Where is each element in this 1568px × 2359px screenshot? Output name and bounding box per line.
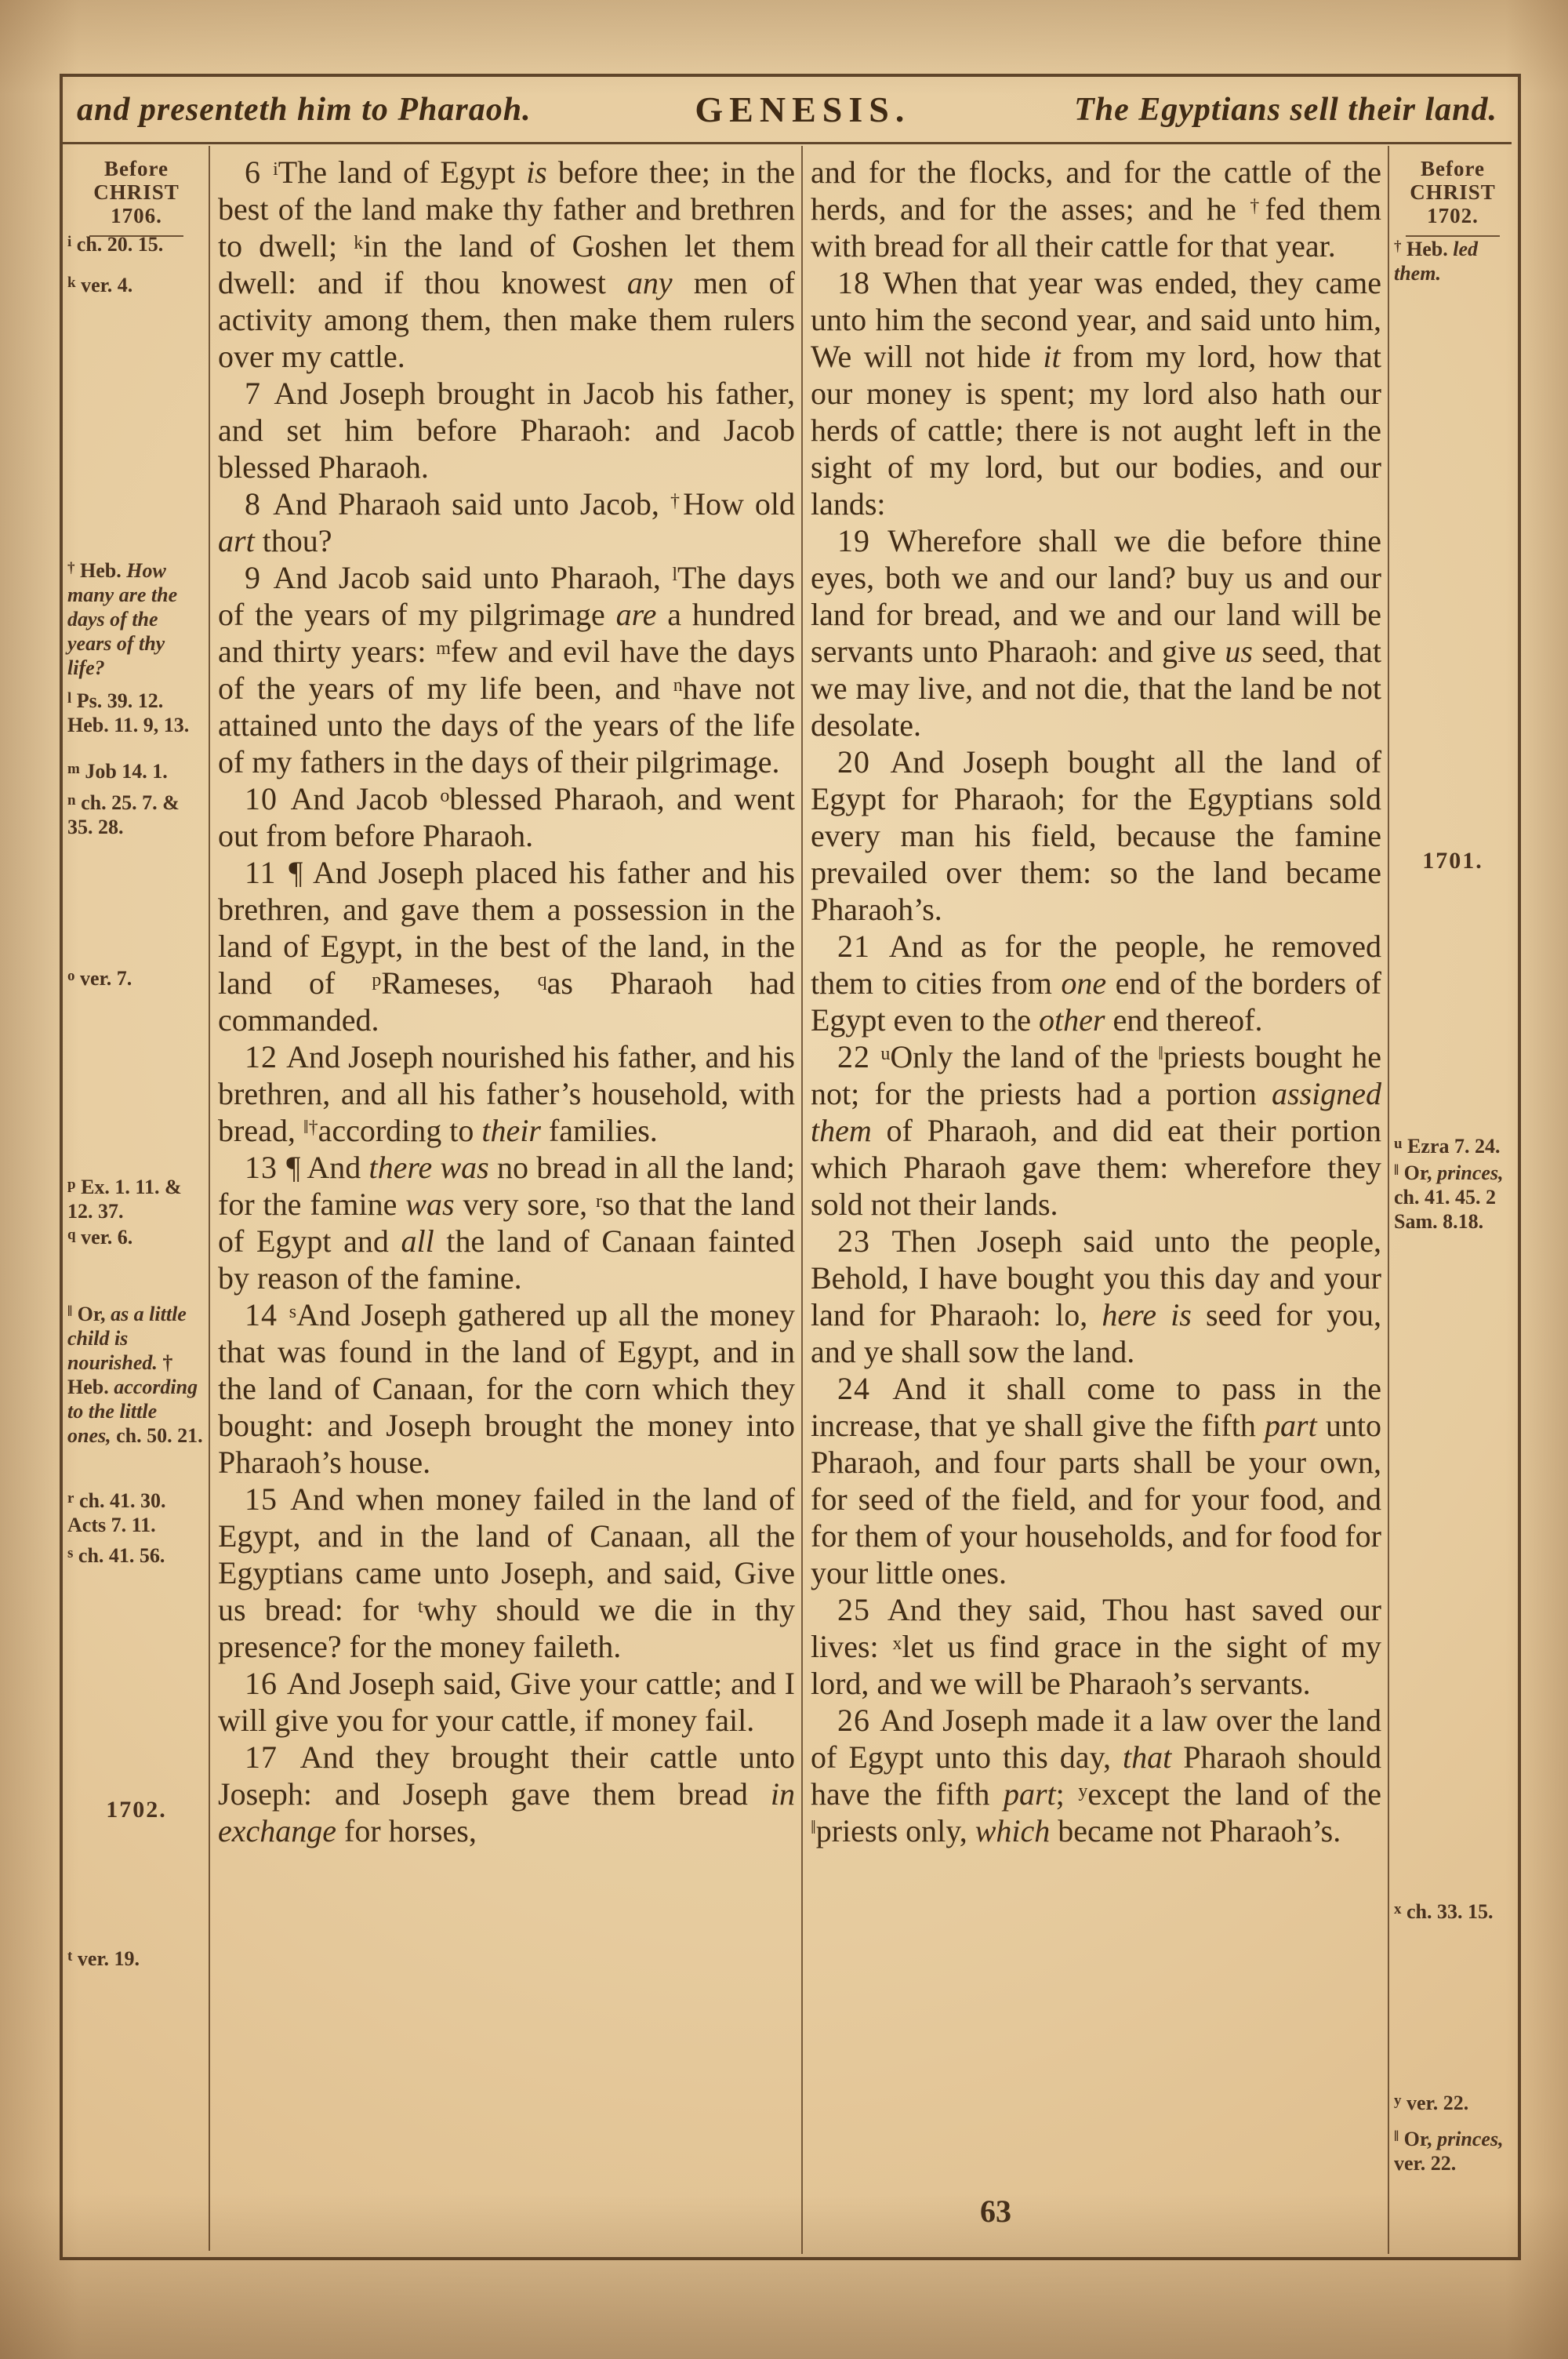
reference-mark: †: [1394, 238, 1402, 255]
reference-mark: ‖: [1158, 1044, 1163, 1064]
bc-line: 1706.: [67, 204, 205, 227]
verse-number: 26: [837, 1703, 880, 1738]
verse-number: 14: [245, 1297, 289, 1332]
margin-note: x ch. 33. 15.: [1394, 1899, 1512, 1924]
reference-mark: l: [672, 565, 677, 585]
margin-note: q ver. 6.: [67, 1225, 205, 1249]
reference-mark: q: [538, 970, 547, 990]
reference-mark: m: [436, 638, 451, 659]
margin-note: p Ex. 1. 11. & 12. 37.: [67, 1175, 205, 1223]
margin-note: i ch. 20. 15.: [67, 232, 205, 256]
reference-mark: s: [289, 1302, 296, 1322]
verse-12: 12 And Joseph nourished his father, and …: [218, 1038, 795, 1149]
reference-mark: i: [273, 159, 278, 180]
margin-note: ‖ Or, as a little child is nourished. † …: [67, 1302, 205, 1448]
reference-mark: s: [67, 1545, 73, 1561]
verse-25: 25 And they said, Thou hast saved our li…: [811, 1591, 1381, 1702]
margin-note: l Ps. 39. 12. Heb. 11. 9, 13.: [67, 689, 205, 737]
bc-line: Before: [1394, 157, 1512, 180]
margin-note: ‖ Or, princes, ver. 22.: [1394, 2127, 1512, 2175]
chronology-date: 1701.: [1394, 849, 1512, 873]
before-christ-date-right: Before CHRIST 1702.: [1394, 157, 1512, 237]
reference-mark: u: [880, 1044, 890, 1064]
verse-11: 11 ¶ And Joseph placed his father and hi…: [218, 854, 795, 1038]
reference-mark: n: [673, 675, 683, 696]
running-header: and presenteth him to Pharaoh. GENESIS. …: [63, 77, 1512, 144]
verse-26: 26 And Joseph made it a law over the lan…: [811, 1702, 1381, 1849]
reference-mark: ‖: [67, 1303, 72, 1320]
verse-14: 14 sAnd Joseph gathered up all the money…: [218, 1296, 795, 1481]
verse-15: 15 And when money failed in the land of …: [218, 1481, 795, 1665]
bible-page-scan: and presenteth him to Pharaoh. GENESIS. …: [0, 0, 1568, 2359]
margin-note: † Heb. led them.: [1394, 237, 1512, 285]
scripture-column-right: and for the flocks, and for the cattle o…: [811, 154, 1381, 1849]
margin-note: s ch. 41. 56.: [67, 1543, 205, 1568]
verse-20: 20 And Joseph bought all the land of Egy…: [811, 743, 1381, 928]
reference-mark: k: [67, 274, 76, 291]
verse-8: 8 And Pharaoh said unto Jacob, †How old …: [218, 485, 795, 559]
chronology-date: 1702.: [67, 1797, 205, 1822]
bc-line: 1702.: [1394, 204, 1512, 227]
verse-number: 12: [245, 1039, 286, 1074]
reference-mark: ‖: [811, 1818, 816, 1838]
margin-note: t ver. 19.: [67, 1946, 205, 1971]
verse-number: 24: [837, 1371, 892, 1406]
reference-mark: y: [1394, 2092, 1402, 2109]
verse-number: 22: [837, 1039, 880, 1074]
margin-note: n ch. 25. 7. & 35. 28.: [67, 791, 205, 839]
header-book-title: GENESIS.: [695, 89, 910, 130]
verse-number: 7: [245, 376, 274, 411]
reference-mark: †: [670, 491, 683, 511]
bc-line: Before: [67, 157, 205, 180]
left-margin-divider: [209, 146, 210, 2251]
page-number: 63: [925, 2193, 1066, 2230]
reference-mark: x: [893, 1634, 902, 1654]
verse-number: 8: [245, 486, 273, 522]
reference-mark: m: [67, 761, 80, 777]
reference-mark: o: [440, 786, 449, 806]
verse-number: 20: [837, 744, 890, 780]
verse-23: 23 Then Joseph said unto the people, Beh…: [811, 1223, 1381, 1370]
reference-mark: k: [354, 233, 363, 253]
scripture-column-left: 6 iThe land of Egypt is before thee; in …: [218, 154, 795, 1849]
reference-mark: ‖: [1394, 2128, 1399, 2145]
margin-note: k ver. 4.: [67, 273, 205, 297]
center-column-divider: [801, 146, 803, 2254]
verse-number: 16: [245, 1666, 287, 1701]
verse-6: 6 iThe land of Egypt is before thee; in …: [218, 154, 795, 375]
verse-number: 18: [837, 265, 883, 300]
bc-line: CHRIST: [1394, 180, 1512, 204]
verse-24: 24 And it shall come to pass in the incr…: [811, 1370, 1381, 1591]
reference-mark: ‖†: [303, 1118, 318, 1138]
verse-16: 16 And Joseph said, Give your cattle; an…: [218, 1665, 795, 1739]
margin-note: o ver. 7.: [67, 966, 205, 990]
verse-continuation: and for the flocks, and for the cattle o…: [811, 154, 1381, 264]
verse-10: 10 And Jacob oblessed Pharaoh, and went …: [218, 780, 795, 854]
header-right-title: The Egyptians sell their land.: [1074, 91, 1497, 129]
verse-number: 10: [245, 781, 290, 816]
verse-number: 23: [837, 1223, 891, 1259]
reference-mark: i: [67, 234, 71, 250]
margin-note: m Job 14. 1.: [67, 759, 205, 783]
header-left-title: and presenteth him to Pharaoh.: [77, 91, 532, 129]
margin-note: † Heb. How many are the days of the year…: [67, 558, 205, 680]
verse-19: 19 Wherefore shall we die before thine e…: [811, 522, 1381, 743]
reference-mark: p: [67, 1176, 76, 1193]
verse-18: 18 When that year was ended, they came u…: [811, 264, 1381, 522]
verse-number: 11: [245, 855, 289, 890]
reference-mark: p: [372, 970, 381, 990]
reference-mark: t: [418, 1597, 423, 1617]
reference-mark: u: [1394, 1136, 1403, 1152]
reference-mark: o: [67, 968, 75, 984]
bc-line: CHRIST: [67, 180, 205, 204]
verse-21: 21 And as for the people, he removed the…: [811, 928, 1381, 1038]
reference-mark: x: [1394, 1901, 1402, 1917]
reference-mark: q: [67, 1227, 76, 1243]
verse-7: 7 And Joseph brought in Jacob his father…: [218, 375, 795, 485]
verse-number: 25: [837, 1592, 887, 1627]
margin-note: ‖ Or, princes, ch. 41. 45. 2 Sam. 8.18.: [1394, 1161, 1512, 1234]
verse-13: 13 ¶ And there was no bread in all the l…: [218, 1149, 795, 1296]
verse-17: 17 And they brought their cattle unto Jo…: [218, 1739, 795, 1849]
reference-mark: n: [67, 792, 76, 809]
reference-mark: r: [596, 1191, 602, 1212]
reference-mark: y: [1078, 1781, 1087, 1801]
verse-9: 9 And Jacob said unto Pharaoh, lThe days…: [218, 559, 795, 780]
verse-number: 19: [837, 523, 887, 558]
reference-mark: ‖: [1394, 1162, 1399, 1179]
verse-number: 6: [245, 154, 273, 190]
verse-22: 22 uOnly the land of the ‖priests bought…: [811, 1038, 1381, 1223]
right-margin-divider: [1388, 146, 1389, 2254]
margin-note: r ch. 41. 30. Acts 7. 11.: [67, 1488, 205, 1537]
reference-mark: r: [67, 1490, 74, 1507]
reference-mark: †: [1250, 196, 1265, 216]
margin-note: y ver. 22.: [1394, 2091, 1512, 2115]
verse-number: 15: [245, 1481, 290, 1517]
before-christ-date-left: Before CHRIST 1706.: [67, 157, 205, 237]
verse-number: 17: [245, 1739, 300, 1775]
verse-number: 13: [245, 1150, 286, 1185]
margin-note: u Ezra 7. 24.: [1394, 1134, 1512, 1158]
verse-number: 9: [245, 560, 273, 595]
reference-mark: †: [67, 560, 75, 576]
reference-mark: l: [67, 690, 71, 707]
verse-number: 21: [837, 929, 889, 964]
reference-mark: t: [67, 1948, 72, 1965]
